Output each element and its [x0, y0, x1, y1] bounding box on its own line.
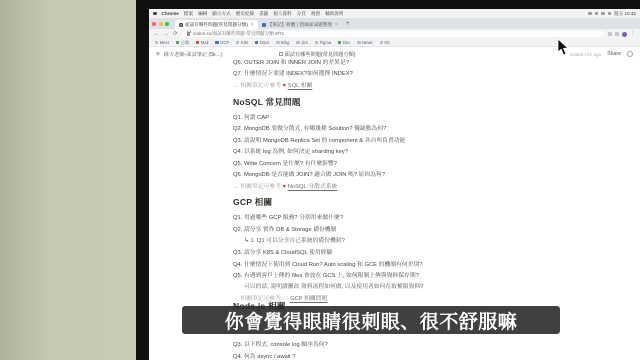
profile-avatar[interactable] [622, 32, 627, 37]
menu-item-view[interactable]: 顯示方式 [212, 11, 230, 17]
edited-timestamp: Edited 16h ago [570, 52, 601, 57]
zoom-window-button[interactable] [165, 22, 169, 26]
heading-nosql: NoSQL 常見問題 [233, 96, 301, 108]
control-center-icon[interactable] [608, 12, 612, 15]
question-gcp-q2-sub: ↳ 1. Q1 可以分享自己系統的備份機制? [244, 235, 345, 244]
menu-item-tabs[interactable]: 分頁 [297, 11, 306, 17]
tab-notion-title: 面試有哪些問題(常見問題分類) [185, 22, 248, 28]
bookmark-favicon [315, 41, 318, 44]
ref-prefix: → 相關筆記可參考 [233, 184, 281, 190]
question-gcp-q2: Q2. 請分享 實作 DB & Storage 備份機制 [233, 224, 336, 233]
nosql-related-link[interactable]: NoSQL:分散式系統 [288, 184, 338, 190]
close-window-button[interactable] [152, 22, 156, 26]
bookmark-item[interactable]: Figma [315, 40, 331, 45]
search-icon[interactable] [601, 12, 605, 15]
tab2-favicon [262, 23, 266, 27]
bookmark-item[interactable]: K8s [236, 40, 248, 45]
bookmark-favicon [215, 41, 218, 44]
notion-topbar-actions: Edited 16h ago Share … [570, 51, 633, 57]
sql-related-link[interactable]: SQL 相關 [288, 83, 313, 89]
question-nosql-q1: Q1. 何謂 CAP [233, 112, 269, 121]
menu-app-name[interactable]: Chrome [162, 11, 179, 16]
tab-close-icon[interactable]: × [251, 22, 254, 28]
menubar-clock[interactable]: 週五 10:42 [614, 11, 636, 17]
chrome-toolbar: ← → ⟳ notion.so/面試有哪些問題-常見問題分類-9f7c ⋮ [149, 29, 640, 39]
tab-secondary-title: 【筆記】軟體工程師面試題整理 [268, 22, 332, 28]
wifi-icon[interactable] [595, 12, 599, 15]
heading-gcp: GCP 相關 [233, 196, 272, 208]
question-nosql-q6: Q6. MongoDB 是否能做 JOIN? 適合做 JOIN 嗎? 原因為何? [233, 169, 385, 178]
bookmark-favicon [176, 41, 179, 44]
gcp-related-link[interactable]: GCP 相關問題 [290, 296, 327, 302]
subtitle-text: 你會覺得眼睛很刺眼、很不舒服嘛 [225, 307, 518, 334]
bookmark-favicon [236, 41, 239, 44]
reload-button[interactable]: ⟳ [173, 31, 178, 37]
bookmark-item[interactable]: Docs [255, 40, 269, 45]
extensions-icon[interactable] [608, 32, 612, 36]
menubar-status-area: 週五 10:42 [588, 11, 636, 17]
bookmark-item[interactable]: Dev [338, 40, 350, 45]
question-nosql-q4: Q4. 以系統 log 為例, 如何決定 sharding key? [233, 146, 348, 155]
bookmark-item[interactable]: Blog [276, 40, 289, 45]
sql-related-note: → 相關筆記可參考 ♥ SQL 相關 [233, 80, 312, 89]
bookmark-favicon [196, 41, 199, 44]
chrome-menu-icon[interactable]: ⋮ [630, 31, 635, 37]
bookmark-favicon [338, 41, 341, 44]
mouse-cursor-icon [557, 39, 570, 56]
share-button[interactable]: Share [607, 51, 621, 57]
new-tab-button[interactable]: + [346, 21, 350, 27]
menu-item-profiles[interactable]: 個人資料 [273, 11, 291, 17]
sidebar-toggle-icon[interactable]: ≡ [156, 51, 160, 58]
question-gcp-q5: Q5. 有遇到客戶上傳的 files 會放在 GCS 上, 如何限制上傳與資料保… [233, 270, 419, 279]
bookmark-item[interactable]: Meet [155, 40, 169, 45]
bookmark-item[interactable]: 日曆 [176, 40, 189, 46]
battery-icon[interactable] [588, 12, 592, 15]
workspace-title[interactable]: 緯天老師-面試筆記 (5k…) [164, 51, 223, 58]
tab-secondary[interactable]: 【筆記】軟體工程師面試題整理 × [258, 20, 342, 29]
bookmark-favicon [357, 41, 360, 44]
question-nosql-q2: Q2. MongoDB 要做分散式, 有哪幾種 Solution? 優缺點為何? [233, 123, 386, 132]
bookmark-favicon [155, 41, 158, 44]
ref-prefix: → 相關筆記可參考 [233, 83, 281, 89]
tab-close-icon[interactable]: × [335, 22, 338, 28]
menu-item-history[interactable]: 歷史紀錄 [236, 11, 254, 17]
bookmark-item[interactable]: Mail [196, 40, 208, 45]
address-bar[interactable]: notion.so/面試有哪些問題-常見問題分類-9f7c [182, 31, 604, 38]
chrome-tab-strip: N 面試有哪些問題(常見問題分類) × 【筆記】軟體工程師面試題整理 × + [149, 18, 640, 29]
bookmark-favicon [380, 41, 383, 44]
heart-icon: ♥ [283, 184, 286, 190]
question-gcp-q4: Q4. 什麼情況下使用到 Cloud Run? Auto scaling 和 G… [233, 259, 422, 268]
menu-item-window[interactable]: 視窗 [311, 11, 320, 17]
menu-item-file[interactable]: 檔案 [184, 11, 193, 17]
forward-button[interactable]: → [164, 31, 170, 37]
video-frame: Chrome 檔案 編輯 顯示方式 歷史紀錄 書籤 個人資料 分頁 視窗 輔助說… [0, 0, 640, 360]
lock-icon[interactable] [187, 32, 190, 36]
bookmark-favicon [296, 41, 299, 44]
question-sql-q6: Q6. OUTER JOIN 和 INNER JOIN 的差異是? [233, 57, 349, 66]
back-button[interactable]: ← [154, 31, 160, 37]
question-node-q4: Q4. 何為 async / await ? [233, 351, 296, 360]
nosql-related-note: → 相關筆記可參考 ♥ NoSQL:分散式系統 [233, 181, 337, 190]
bookmark-favicon [255, 41, 258, 44]
menu-item-help[interactable]: 輔助說明 [325, 11, 343, 17]
window-controls [152, 22, 169, 26]
video-subtitle: 你會覺得眼睛很刺眼、很不舒服嘛 [182, 306, 560, 334]
menu-item-bookmarks[interactable]: 書籤 [259, 11, 268, 17]
page-icon [279, 52, 283, 57]
tab-notion[interactable]: N 面試有哪些問題(常見問題分類) × [175, 20, 258, 29]
question-sql-q7: Q7. 什麼情況下要建 INDEX?如何選擇 INDEX? [233, 68, 353, 77]
apple-menu-icon[interactable] [153, 12, 157, 16]
toolbar-right: ⋮ [608, 31, 635, 37]
question-gcp-q5-sub: 可以的話, 說明讀刪改 資料流程如何做, 以及使用者如何存取權限資料? [244, 281, 423, 290]
url-text: notion.so/面試有哪些問題-常見問題分類-9f7c [193, 31, 284, 37]
question-node-q3: Q3. 以下程式, console log 順序為何? [233, 339, 328, 348]
heart-icon: ♥ [283, 83, 286, 89]
bookmark-favicon [276, 41, 279, 44]
question-gcp-q3: Q3. 請分享 K8S & CloudSQL 使用經驗 [233, 247, 332, 256]
question-nosql-q5: Q5. Write Concern 是什麼? 有什麼影響? [233, 158, 337, 167]
bookmark-item[interactable]: GCP [215, 40, 229, 45]
minimize-window-button[interactable] [159, 22, 163, 26]
question-nosql-q3: Q3. 請說明 MongoDB Replica Set 的 component … [233, 135, 405, 144]
bookmark-item[interactable]: News [357, 40, 372, 45]
notion-favicon: N [179, 23, 183, 27]
macos-menu-bar: Chrome 檔案 編輯 顯示方式 歷史紀錄 書籤 個人資料 分頁 視窗 輔助說… [149, 9, 640, 18]
comments-icon[interactable]: … [627, 51, 633, 57]
extension-icon[interactable] [615, 32, 619, 36]
bookmark-item[interactable]: Jira [296, 40, 307, 45]
question-gcp-q1: Q1. 用過哪些 GCP 服務? 分別用來做什麼? [233, 212, 343, 221]
menu-item-edit[interactable]: 編輯 [198, 11, 207, 17]
bookmark-item[interactable]: Git [380, 40, 390, 45]
